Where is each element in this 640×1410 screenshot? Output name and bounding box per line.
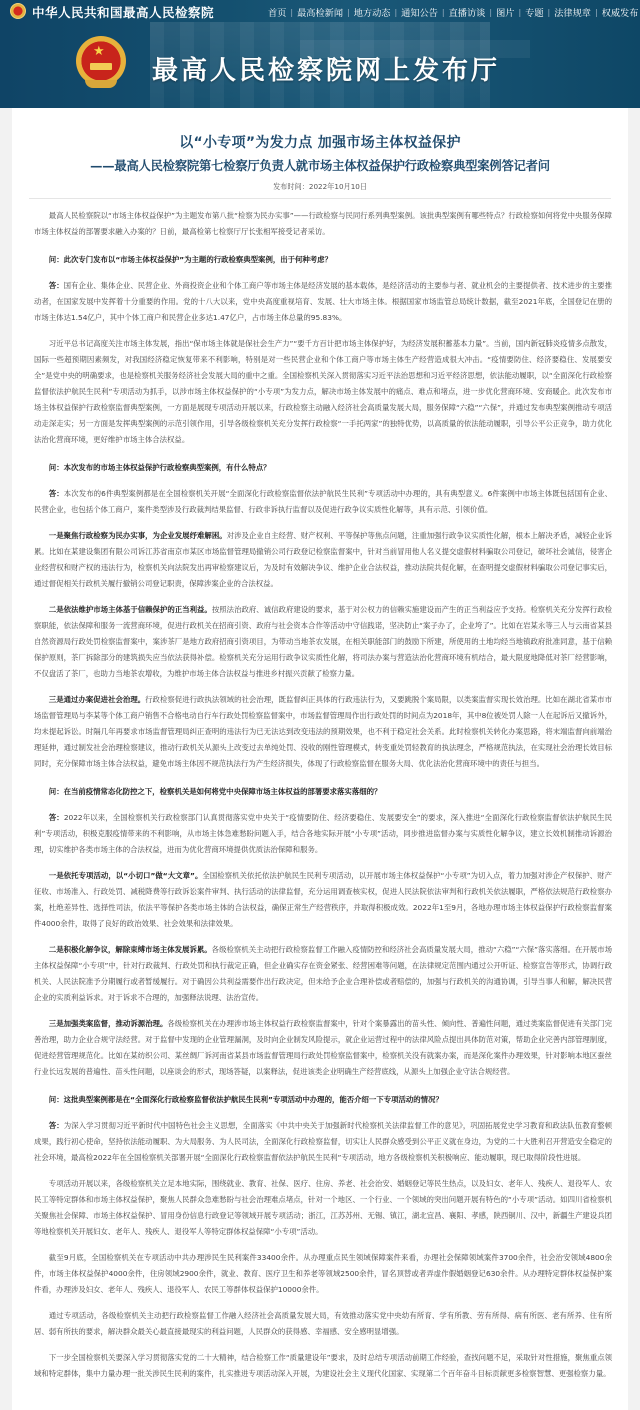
answer-paragraph: 答：国有企业、集体企业、民营企业、外商投资企业和个体工商户等市场主体是经济发展的… bbox=[34, 278, 612, 326]
body-paragraph: 通过专项活动，各级检察机关主动把行政检察监督工作融入经济社会高质量发展大局，有效… bbox=[34, 1308, 612, 1340]
article-title: 以“小专项”为发力点 加强市场主体权益保护 bbox=[12, 132, 628, 152]
body-paragraph: 专项活动开展以来，各级检察机关立足本地实际，围绕就业、教育、社保、医疗、住房、养… bbox=[34, 1176, 612, 1240]
article-subtitle: ——最高人民检察院第七检察厅负责人就市场主体权益保护行政检察典型案例答记者问 bbox=[12, 156, 628, 174]
nav-separator: | bbox=[394, 8, 397, 17]
nav-topics[interactable]: 专题 bbox=[525, 5, 543, 19]
answer-paragraph: 一是聚焦行政检察为民办实事，为企业发展纾难解困。对涉及企业自主经营、财产权利、平… bbox=[34, 528, 612, 592]
article-body: 最高人民检察院以“市场主体权益保护”为主题发布第八批“检察为民办实事”——行政检… bbox=[12, 208, 628, 1382]
answer-paragraph: 一是依托专项活动，以“小切口”做“大文章”。全国检察机关依托依法护航民生民利专项… bbox=[34, 868, 612, 932]
nav-home[interactable]: 首页 bbox=[268, 5, 286, 19]
paragraph-lead: 三是通过办案促进社会治理。 bbox=[49, 695, 145, 704]
nav-spp-news[interactable]: 最高检新闻 bbox=[297, 5, 343, 19]
question-paragraph: 问：这批典型案例都是在“全面深化行政检察监督依法护航民生民利”专项活动中办理的，… bbox=[34, 1092, 612, 1108]
paragraph-lead: 二是依法维护市场主体基于信赖保护的正当利益。 bbox=[49, 605, 212, 614]
paragraph-lead: 一是聚焦行政检察为民办实事，为企业发展纾难解困。 bbox=[49, 531, 227, 540]
national-emblem-icon[interactable] bbox=[10, 3, 26, 19]
paragraph-text: 按照法治政府、诚信政府建设的要求，基于对公权力的信赖实施建设而产生的正当利益应予… bbox=[34, 605, 612, 678]
answer-paragraph: 三是通过办案促进社会治理。行政检察促进行政执法领域的社会治理，既监督纠正具体的行… bbox=[34, 692, 612, 772]
answer-paragraph: 二是积极化解争议，解除束缚市场主体发展诉累。各级检察机关主动把行政检察监督工作融… bbox=[34, 942, 612, 1006]
paragraph-lead: 二是积极化解争议，解除束缚市场主体发展诉累。 bbox=[49, 945, 212, 954]
answer-paragraph: 答：本次发布的6件典型案例都是在全国检察机关开展“全面深化行政检察监督依法护航民… bbox=[34, 486, 612, 518]
nav-separator: | bbox=[518, 8, 521, 17]
body-paragraph: 下一步全国检察机关要深入学习贯彻落实党的二十大精神，结合检察工作“质量建设年”要… bbox=[34, 1350, 612, 1382]
site-name[interactable]: 中华人民共和国最高人民检察院 bbox=[32, 3, 214, 21]
answer-paragraph: 二是依法维护市场主体基于信赖保护的正当利益。按照法治政府、诚信政府建设的要求，基… bbox=[34, 602, 612, 682]
publish-label: 发布时间： bbox=[273, 182, 309, 191]
site-banner: 中华人民共和国最高人民检察院 首页| 最高检新闻| 地方动态| 通知公告| 直播… bbox=[0, 0, 640, 108]
nav-separator: | bbox=[548, 8, 551, 17]
publish-date: 2022年10月10日 bbox=[309, 182, 367, 191]
nav-pictures[interactable]: 图片 bbox=[496, 5, 514, 19]
paragraph-text: 国有企业、集体企业、民营企业、外商投资企业和个体工商户等市场主体是经济发展的基本… bbox=[34, 281, 612, 322]
top-bar: 中华人民共和国最高人民检察院 首页| 最高检新闻| 地方动态| 通知公告| 直播… bbox=[0, 0, 640, 22]
body-paragraph: 习近平总书记高度关注市场主体发展，指出“保市场主体就是保社会生产力”“要千方百计… bbox=[34, 336, 612, 448]
nav-local-news[interactable]: 地方动态 bbox=[354, 5, 391, 19]
body-paragraph: 截至9月底，全国检察机关在专项活动中共办理涉民生民利案件33400余件。从办理重… bbox=[34, 1250, 612, 1298]
nav-separator: | bbox=[290, 8, 293, 17]
answer-paragraph: 答：为深入学习贯彻习近平新时代中国特色社会主义思想，全面落实《中共中央关于加强新… bbox=[34, 1118, 612, 1166]
article-panel: 以“小专项”为发力点 加强市场主体权益保护 ——最高人民检察院第七检察厅负责人就… bbox=[12, 108, 628, 1410]
title-divider bbox=[29, 198, 611, 199]
nav-separator: | bbox=[347, 8, 350, 17]
procuratorate-emblem-icon: ★ bbox=[76, 36, 126, 90]
banner-title: 最高人民检察院网上发布厅 bbox=[152, 50, 500, 87]
question-paragraph: 问：本次发布的市场主体权益保护行政检察典型案例，有什么特点？ bbox=[34, 460, 612, 476]
paragraph-lead: 答： bbox=[49, 813, 64, 822]
question-paragraph: 问：在当前疫情常态化防控之下，检察机关是如何将党中央保障市场主体权益的部署要求落… bbox=[34, 784, 612, 800]
paragraph-text: 本次发布的6件典型案例都是在全国检察机关开展“全面深化行政检察监督依法护航民生民… bbox=[34, 489, 612, 514]
paragraph-lead: 三是加强类案监督，推动诉源治理。 bbox=[49, 1019, 168, 1028]
nav-separator: | bbox=[442, 8, 445, 17]
nav-live-interviews[interactable]: 直播访谈 bbox=[449, 5, 486, 19]
paragraph-lead: 一是依托专项活动，以“小切口”做“大文章”。 bbox=[49, 871, 203, 880]
paragraph-lead: 答： bbox=[49, 281, 64, 290]
main-nav: 首页| 最高检新闻| 地方动态| 通知公告| 直播访谈| 图片| 专题| 法律规… bbox=[268, 5, 638, 19]
nav-notices[interactable]: 通知公告 bbox=[401, 5, 438, 19]
publish-info: 发布时间：2022年10月10日 bbox=[12, 182, 628, 192]
nav-separator: | bbox=[489, 8, 492, 17]
body-paragraph: 最高人民检察院以“市场主体权益保护”为主题发布第八批“检察为民办实事”——行政检… bbox=[34, 208, 612, 240]
paragraph-text: 2022年以来，全国检察机关行政检察部门认真贯彻落实党中央关于“疫情要防住、经济… bbox=[34, 813, 612, 854]
paragraph-text: 行政检察促进行政执法领域的社会治理，既监督纠正具体的行政违法行为，又要跳脱个案局… bbox=[34, 695, 612, 768]
answer-paragraph: 答：2022年以来，全国检察机关行政检察部门认真贯彻落实党中央关于“疫情要防住、… bbox=[34, 810, 612, 858]
nav-laws[interactable]: 法律规章 bbox=[554, 5, 591, 19]
nav-separator: | bbox=[595, 8, 598, 17]
question-paragraph: 问：此次专门发布以“市场主体权益保护”为主题的行政检察典型案例，出于何种考虑？ bbox=[34, 252, 612, 268]
paragraph-lead: 答： bbox=[49, 1121, 64, 1130]
paragraph-text: 为深入学习贯彻习近平新时代中国特色社会主义思想，全面落实《中共中央关于加强新时代… bbox=[34, 1121, 612, 1162]
nav-releases[interactable]: 权威发布 bbox=[602, 5, 639, 19]
paragraph-lead: 答： bbox=[49, 489, 64, 498]
answer-paragraph: 三是加强类案监督，推动诉源治理。各级检察机关在办理涉市场主体权益行政检察监督案中… bbox=[34, 1016, 612, 1080]
